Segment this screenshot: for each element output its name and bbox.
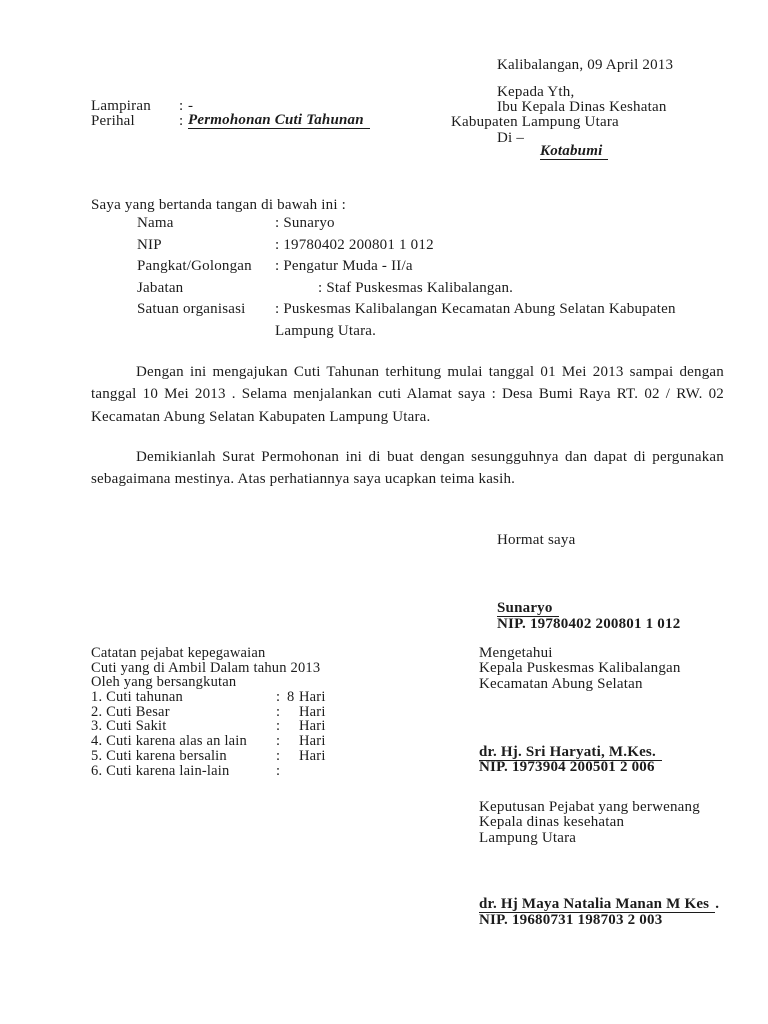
notes-header-1: Catatan pejabat kepegawaian (91, 646, 461, 661)
applicant-signature-name: Sunaryo (497, 600, 559, 617)
approval1-line3: Kecamatan Abung Selatan (479, 677, 681, 692)
notes-header-2: Cuti yang di Ambil Dalam tahun 2013 (91, 661, 461, 676)
recipient-region: Kabupaten Lampung Utara (451, 114, 619, 130)
leave-row-lain-lain: 6. Cuti karena lain-lain : (91, 764, 461, 779)
approval2-line2: Kepala dinas kesehatan (479, 815, 700, 830)
body-paragraph-2: Demikianlah Surat Permohonan ini di buat… (91, 446, 724, 491)
approver1-signature-nip: NIP. 1973904 200501 2 006 (479, 759, 655, 775)
closing-salutation: Hormat saya (497, 532, 575, 548)
detail-label-jabatan: Jabatan (137, 280, 183, 296)
leave-colon: : (276, 764, 280, 779)
perihal-value: Permohonan Cuti Tahunan (188, 112, 370, 129)
leave-colon: : (276, 734, 280, 749)
detail-value-pangkat: : Pengatur Muda - II/a (275, 258, 413, 274)
lampiran-colon: : (179, 98, 183, 114)
recipient-di: Di – (497, 130, 524, 146)
letter-document: Kalibalangan, 09 April 2013 Kepada Yth, … (0, 0, 768, 1024)
leave-label: 4. Cuti karena alas an lain (91, 733, 247, 749)
leave-unit: Hari (299, 719, 326, 734)
leave-row-besar: 2. Cuti Besar : Hari (91, 705, 461, 720)
leave-qty: 8 (287, 690, 294, 705)
approval2-line3: Lampung Utara (479, 831, 700, 846)
detail-label-nama: Nama (137, 215, 174, 231)
recipient-city: Kotabumi (540, 143, 608, 160)
detail-label-pangkat: Pangkat/Golongan (137, 258, 252, 274)
approval2-line1: Keputusan Pejabat yang berwenang (479, 800, 700, 815)
perihal-value-text: Permohonan Cuti Tahunan (188, 112, 370, 129)
applicant-name-text: Sunaryo (497, 600, 559, 617)
leave-label: 6. Cuti karena lain-lain (91, 763, 229, 779)
leave-unit: Hari (299, 690, 326, 705)
officer-notes-block: Catatan pejabat kepegawaian Cuti yang di… (91, 646, 461, 778)
approver2-name-text: dr. Hj Maya Natalia Manan M Kes (479, 896, 715, 913)
recipient-salutation: Kepada Yth, (497, 84, 574, 100)
date-line: Kalibalangan, 09 April 2013 (497, 57, 673, 73)
leave-unit: Hari (299, 749, 326, 764)
detail-value-nama: : Sunaryo (275, 215, 335, 231)
leave-unit: Hari (299, 734, 326, 749)
notes-header-3: Oleh yang bersangkutan (91, 675, 461, 690)
detail-value-jabatan: : Staf Puskesmas Kalibalangan. (318, 280, 513, 296)
lampiran-label: Lampiran (91, 98, 151, 114)
leave-colon: : (276, 690, 280, 705)
leave-label: 1. Cuti tahunan (91, 689, 183, 705)
applicant-signature-nip: NIP. 19780402 200801 1 012 (497, 616, 680, 632)
approval-block-dinas: Keputusan Pejabat yang berwenang Kepala … (479, 800, 700, 846)
approver2-signature-name: dr. Hj Maya Natalia Manan M Kes. (479, 896, 719, 913)
leave-row-sakit: 3. Cuti Sakit : Hari (91, 719, 461, 734)
detail-label-satuan: Satuan organisasi (137, 301, 246, 317)
opening-line: Saya yang bertanda tangan di bawah ini : (91, 197, 346, 213)
leave-colon: : (276, 749, 280, 764)
leave-row-bersalin: 5. Cuti karena bersalin : Hari (91, 749, 461, 764)
perihal-label: Perihal (91, 113, 135, 129)
approver2-name-period: . (715, 896, 719, 912)
body-paragraph-1: Dengan ini mengajukan Cuti Tahunan terhi… (91, 361, 724, 428)
recipient-city-text: Kotabumi (540, 143, 608, 160)
leave-label: 2. Cuti Besar (91, 704, 170, 720)
leave-colon: : (276, 719, 280, 734)
leave-row-alasan-lain: 4. Cuti karena alas an lain : Hari (91, 734, 461, 749)
recipient-title: Ibu Kepala Dinas Keshatan (497, 99, 667, 115)
approver2-signature-nip: NIP. 19680731 198703 2 003 (479, 912, 662, 928)
approval1-line1: Mengetahui (479, 646, 681, 661)
leave-colon: : (276, 705, 280, 720)
leave-label: 5. Cuti karena bersalin (91, 748, 227, 764)
detail-value-satuan: : Puskesmas Kalibalangan Kecamatan Abung… (275, 301, 676, 317)
approval1-line2: Kepala Puskesmas Kalibalangan (479, 661, 681, 676)
perihal-colon: : (179, 113, 183, 129)
leave-label: 3. Cuti Sakit (91, 718, 167, 734)
leave-unit: Hari (299, 705, 326, 720)
detail-label-nip: NIP (137, 237, 162, 253)
detail-value-satuan-cont: Lampung Utara. (275, 323, 376, 339)
approval-block-puskesmas: Mengetahui Kepala Puskesmas Kalibalangan… (479, 646, 681, 692)
leave-row-annual: 1. Cuti tahunan : 8 Hari (91, 690, 461, 705)
detail-value-nip: : 19780402 200801 1 012 (275, 237, 434, 253)
